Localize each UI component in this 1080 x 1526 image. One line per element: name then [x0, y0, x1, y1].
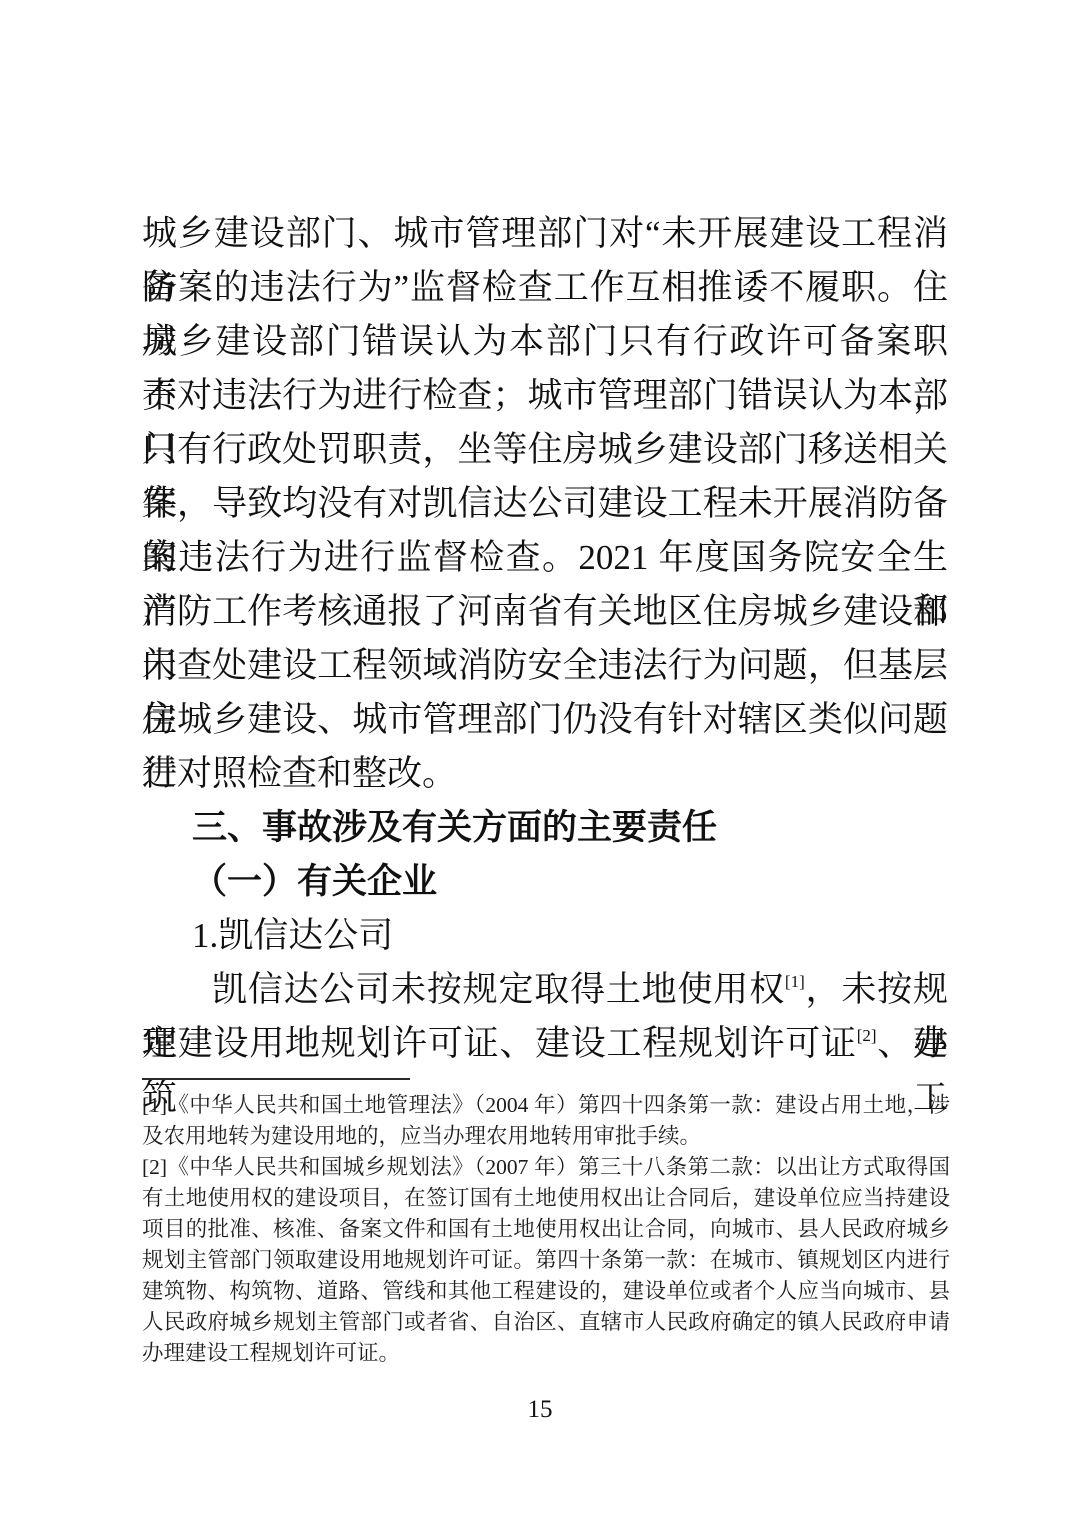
footnote-line: 项目的批准、核准、备案文件和国有土地使用权出让合同，向城市、县人民政府城乡	[142, 1214, 950, 1245]
paragraph-line: 只有行政处罚职责，坐等住房城乡建设部门移送相关案	[142, 423, 948, 477]
page-body: 城乡建设部门、城市管理部门对“未开展建设工程消防 备案的违法行为”监督检查工作互…	[142, 207, 948, 1071]
footnotes-section: [1]《中华人民共和国土地管理法》（2004 年）第四十四条第一款：建设占用土地…	[142, 1090, 950, 1369]
paragraph-line: 凯信达公司未按规定取得土地使用权[1]，未按规定办	[142, 963, 948, 1017]
paragraph-line: 未查处建设工程领域消防安全违法行为问题，但基层住	[142, 639, 948, 693]
document-page: 城乡建设部门、城市管理部门对“未开展建设工程消防 备案的违法行为”监督检查工作互…	[0, 0, 1080, 1526]
footnote-ref-1: [1]	[785, 972, 805, 991]
paragraph-line: 的违法行为进行监督检查。2021 年度国务院安全生产和	[142, 531, 948, 585]
section-heading: 三、事故涉及有关方面的主要责任	[142, 801, 948, 855]
page-number: 15	[0, 1396, 1080, 1424]
item-heading: 1.凯信达公司	[142, 909, 948, 963]
footnote-line: 建筑物、构筑物、道路、管线和其他工程建设的，建设单位或者个人应当向城市、县	[142, 1276, 950, 1307]
footnote-line: 及农用地转为建设用地的，应当办理农用地转用审批手续。	[142, 1121, 950, 1152]
footnote-line: [2]《中华人民共和国城乡规划法》（2007 年）第三十八条第二款：以出让方式取…	[142, 1152, 950, 1183]
footnote-line: [1]《中华人民共和国土地管理法》（2004 年）第四十四条第一款：建设占用土地…	[142, 1090, 950, 1121]
paragraph-line: 不对违法行为进行检查；城市管理部门错误认为本部门	[142, 369, 948, 423]
paragraph-line: 消防工作考核通报了河南省有关地区住房城乡建设部门	[142, 585, 948, 639]
paragraph-line: 城乡建设部门、城市管理部门对“未开展建设工程消防	[142, 207, 948, 261]
paragraph-line: 备案的违法行为”监督检查工作互相推诿不履职。住房	[142, 261, 948, 315]
paragraph-line: 理建设用地规划许可证、建设工程规划许可证[2]、建筑工	[142, 1017, 948, 1071]
footnote-line: 办理建设工程规划许可证。	[142, 1338, 950, 1369]
footnote-line: 规划主管部门领取建设用地规划许可证。第四十条第一款：在城市、镇规划区内进行	[142, 1245, 950, 1276]
footnote-separator	[142, 1078, 410, 1080]
subsection-heading: （一）有关企业	[142, 855, 948, 909]
paragraph-line: 房城乡建设、城市管理部门仍没有针对辖区类似问题进	[142, 693, 948, 747]
paragraph-line: 城乡建设部门错误认为本部门只有行政许可备案职责，	[142, 315, 948, 369]
paragraph-text: 理建设用地规划许可证、建设工程规划许可证	[142, 1024, 857, 1063]
footnote-line: 有土地使用权的建设项目，在签订国有土地使用权出让合同后，建设单位应当持建设	[142, 1183, 950, 1214]
paragraph-text: 凯信达公司未按规定取得土地使用权	[212, 970, 785, 1009]
footnote-line: 人民政府城乡规划主管部门或者省、自治区、直辖市人民政府确定的镇人民政府申请	[142, 1307, 950, 1338]
paragraph-line: 行对照检查和整改。	[142, 747, 948, 801]
paragraph-line: 件，导致均没有对凯信达公司建设工程未开展消防备案	[142, 477, 948, 531]
footnote-ref-2: [2]	[857, 1026, 877, 1045]
